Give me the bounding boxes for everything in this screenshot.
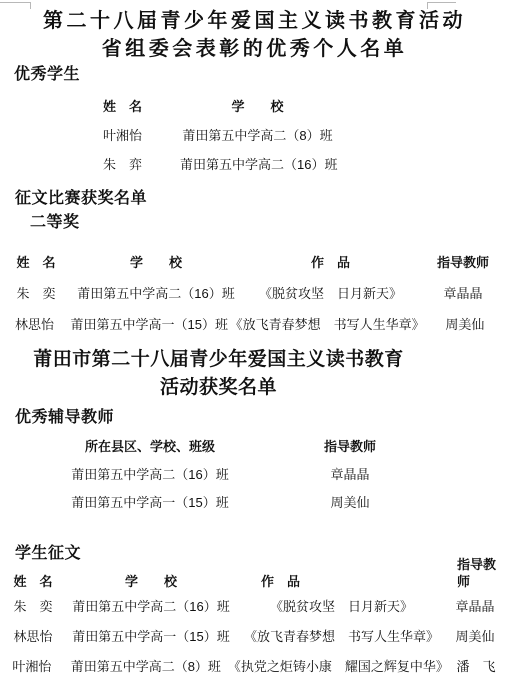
cell-school: 莆田第五中学高一（15）班 — [69, 314, 230, 333]
cell-student-name: 叶湘怡 — [95, 125, 150, 144]
cell-tutor-name: 周美仙 — [425, 314, 505, 333]
provincial-award-title: 第二十八届青少年爱国主义读书教育活动 省组委会表彰的优秀个人名单 — [0, 7, 509, 63]
header-cell-work: 作 品 — [236, 571, 456, 590]
table-row: 莆田第五中学高二（16）班 章晶晶 — [0, 459, 509, 487]
cell-tutor-name: 周美仙 — [290, 492, 410, 511]
section-heading-essay-contest: 征文比赛获奖名单 — [15, 190, 147, 208]
table-row: 林思怡 莆田第五中学高一（15）班 《放飞青春梦想 书写人生华章》 周美仙 — [0, 308, 509, 339]
cell-student-name: 朱 奕 — [0, 283, 72, 302]
cell-school: 莆田第五中学高一（15）班 — [66, 626, 236, 645]
table-row: 朱 弈 莆田第五中学高二（16）班 — [0, 149, 509, 178]
cell-tutor-name: 章晶晶 — [290, 464, 410, 483]
table-row: 莆田第五中学高一（15）班 周美仙 — [0, 487, 509, 515]
cell-tutor-name: 周美仙 — [447, 626, 503, 645]
table-header-row: 姓 名 学 校 作 品 指导教师 — [0, 556, 509, 590]
title-line: 莆田市第二十八届青少年爱国主义读书教育 — [0, 346, 437, 374]
header-cell-district-school-class: 所在县区、学校、班级 — [55, 436, 245, 455]
cell-student-name: 朱 奕 — [0, 596, 66, 615]
title-line: 第二十八届青少年爱国主义读书教育活动 — [0, 7, 509, 35]
cell-class: 莆田第五中学高二（16）班 — [55, 464, 245, 483]
section-heading-excellent-tutors: 优秀辅导教师 — [15, 409, 114, 427]
excellent-tutors-table: 所在县区、学校、班级 指导教师 莆田第五中学高二（16）班 章晶晶 莆田第五中学… — [0, 431, 509, 515]
header-cell-tutor: 指导教师 — [456, 556, 503, 590]
cell-school: 莆田第五中学高二（16）班 — [180, 154, 335, 173]
cell-school: 莆田第五中学高二（16）班 — [72, 283, 240, 302]
header-cell-work: 作 品 — [240, 252, 421, 271]
cell-work-title: 《执党之炬铸小康 耀国之辉复中华》 — [228, 656, 449, 675]
document-page: 第二十八届青少年爱国主义读书教育活动 省组委会表彰的优秀个人名单 优秀学生 姓 … — [0, 0, 509, 685]
cell-work-title: 《脱贫攻坚 日月新天》 — [236, 596, 447, 615]
cell-work-title: 《放飞青春梦想 书写人生华章》 — [236, 626, 447, 645]
cell-student-name: 林思怡 — [0, 314, 69, 333]
header-cell-name: 姓 名 — [0, 571, 66, 590]
table-header-row: 所在县区、学校、班级 指导教师 — [0, 431, 509, 459]
header-cell-name: 姓 名 — [0, 252, 72, 271]
header-cell-tutor: 指导教师 — [421, 252, 505, 271]
section-heading-excellent-students: 优秀学生 — [14, 66, 80, 84]
table-row: 林思怡 莆田第五中学高一（15）班 《放飞青春梦想 书写人生华章》 周美仙 — [0, 620, 509, 650]
excellent-students-table: 姓 名 学 校 叶湘怡 莆田第五中学高二（8）班 朱 弈 莆田第五中学高二（16… — [0, 91, 509, 178]
table-header-row: 姓 名 学 校 作 品 指导教师 — [0, 246, 509, 277]
header-cell-school: 学 校 — [66, 571, 236, 590]
cell-school: 莆田第五中学高二（8）班 — [180, 125, 335, 144]
cell-school: 莆田第五中学高二（16）班 — [66, 596, 236, 615]
essay-contest-table: 姓 名 学 校 作 品 指导教师 朱 奕 莆田第五中学高二（16）班 《脱贫攻坚… — [0, 246, 509, 339]
cell-student-name: 朱 弈 — [95, 154, 150, 173]
title-line: 活动获奖名单 — [0, 374, 437, 402]
cell-tutor-name: 潘 飞 — [449, 656, 503, 675]
city-award-title: 莆田市第二十八届青少年爱国主义读书教育 活动获奖名单 — [0, 346, 437, 402]
cell-tutor-name: 章晶晶 — [421, 283, 505, 302]
title-line: 省组委会表彰的优秀个人名单 — [0, 35, 509, 63]
table-row: 叶湘怡 莆田第五中学高二（8）班 《执党之炬铸小康 耀国之辉复中华》 潘 飞 — [0, 650, 509, 680]
cell-student-name: 林思怡 — [0, 626, 66, 645]
cell-class: 莆田第五中学高一（15）班 — [55, 492, 245, 511]
header-cell-name: 姓 名 — [95, 96, 150, 115]
header-cell-tutor: 指导教师 — [290, 436, 410, 455]
cell-work-title: 《脱贫攻坚 日月新天》 — [240, 283, 421, 302]
cell-work-title: 《放飞青春梦想 书写人生华章》 — [230, 314, 425, 333]
table-row: 叶湘怡 莆田第五中学高二（8）班 — [0, 120, 509, 149]
table-header-row: 姓 名 学 校 — [0, 91, 509, 120]
cell-tutor-name: 章晶晶 — [447, 596, 503, 615]
header-cell-school: 学 校 — [72, 252, 240, 271]
cell-school: 莆田第五中学高二（8）班 — [64, 656, 228, 675]
header-cell-school: 学 校 — [180, 96, 335, 115]
table-row: 朱 奕 莆田第五中学高二（16）班 《脱贫攻坚 日月新天》 章晶晶 — [0, 277, 509, 308]
table-row: 朱 奕 莆田第五中学高二（16）班 《脱贫攻坚 日月新天》 章晶晶 — [0, 590, 509, 620]
section-heading-second-prize: 二等奖 — [30, 214, 80, 232]
student-essays-table: 姓 名 学 校 作 品 指导教师 朱 奕 莆田第五中学高二（16）班 《脱贫攻坚… — [0, 556, 509, 680]
cell-student-name: 叶湘怡 — [0, 656, 64, 675]
